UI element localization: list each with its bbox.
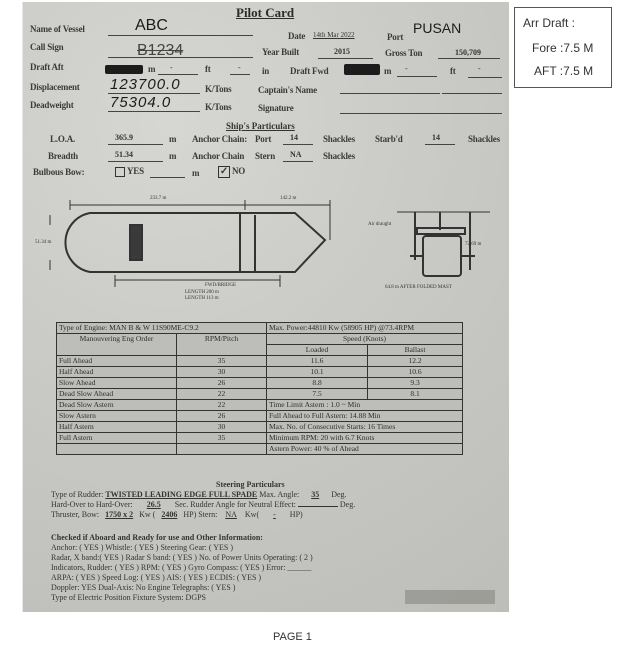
no-checkbox-checked[interactable]: ✓ — [218, 166, 230, 178]
stern-kw-unit: Kw( — [245, 510, 259, 519]
bulbous-yes-option[interactable]: YES — [115, 166, 144, 177]
order-cell: Full Astern — [57, 433, 177, 444]
stern-hp-value: - — [261, 510, 288, 519]
rpm-cell: 30 — [177, 422, 267, 433]
arrival-draft-box: Arr Draft : Fore :7.5 M AFT :7.5 M — [514, 7, 612, 88]
hard-over-line: Hard-Over to Hard-Over: 26.5 Sec. Rudder… — [51, 500, 355, 509]
hp-unit: HP) — [290, 510, 303, 519]
ballast-cell: 12.2 — [368, 356, 463, 367]
displacement-label: Displacement — [30, 82, 80, 92]
rudder-value: TWISTED LEADING EDGE FULL SPADE — [105, 490, 257, 499]
page-number: PAGE 1 — [273, 631, 312, 643]
breadth-value: 51.34 — [115, 150, 133, 159]
rpm-cell: 26 — [177, 378, 267, 389]
order-cell: Slow Ahead — [57, 378, 177, 389]
checklist-line: ARPA: ( YES ) Speed Log: ( YES ) AIS: ( … — [51, 573, 261, 582]
note-minimum-rpm: Minimum RPM: 20 with 6.7 Knots — [267, 433, 463, 444]
deg-unit: Deg. — [331, 490, 346, 499]
thruster-stern-value: NA — [219, 510, 243, 519]
arrival-draft-label: Arr Draft : — [523, 16, 575, 30]
gross-ton-label: Gross Ton — [385, 48, 422, 58]
shackles-label-stern: Shackles — [323, 151, 355, 161]
date-label: Date — [288, 31, 305, 41]
loa-unit: m — [169, 134, 176, 144]
gross-ton-value: 150,709 — [455, 48, 481, 57]
thruster-line: Thruster, Bow: 1750 x 2 Kw ( 2406 HP) St… — [51, 510, 303, 519]
page-title: Pilot Card — [236, 5, 294, 21]
breadth-unit: m — [169, 151, 176, 161]
table-row: Slow Ahead 26 8.8 9.3 — [57, 378, 463, 389]
rpm-cell: 35 — [177, 433, 267, 444]
shackles-label-port: Shackles — [323, 134, 355, 144]
vessel-name-label: Name of Vessel — [30, 24, 85, 34]
table-row: Dead Slow Ahead 22 7.5 8.1 — [57, 389, 463, 400]
rpm-cell: 22 — [177, 389, 267, 400]
arrival-draft-fore: Fore :7.5 M — [532, 41, 593, 55]
engine-type: Type of Engine: MAN B & W 11S90ME-C9.2 — [57, 323, 267, 334]
checklist-line: Type of Electric Position Fixture System… — [51, 593, 206, 602]
signature-label: Signature — [258, 103, 294, 113]
loaded-cell: 11.6 — [267, 356, 368, 367]
side-caption: 64.8 m AFTER FOLDED MAST — [385, 285, 452, 290]
deadweight-label: Deadweight — [30, 100, 74, 110]
checklist-line: Radar, X band:( YES ) Radar S band: ( YE… — [51, 553, 313, 562]
anchor-stbd-value: 14 — [432, 133, 440, 142]
no-label: NO — [232, 166, 245, 176]
neutral-angle-label: Sec. Rudder Angle for Neutral Effect: — [175, 500, 296, 509]
year-built-value: 2015 — [334, 47, 350, 56]
bulbous-unit: m — [192, 168, 199, 178]
unit-in: in — [262, 66, 269, 76]
redacted-draft-fwd — [344, 64, 380, 75]
unit-m-fwd: m — [384, 66, 391, 76]
col-loaded-header: Loaded — [267, 345, 368, 356]
col-ballast-header: Ballast — [368, 345, 463, 356]
vessel-name-value: ABC — [135, 17, 168, 35]
order-cell: Full Ahead — [57, 356, 177, 367]
draft-fwd-label: Draft Fwd — [290, 66, 328, 76]
hp-stern-label: HP) Stern: — [183, 510, 217, 519]
anchor-chain-stern-label: Anchor Chain — [192, 151, 244, 161]
hard-over-value: 26.5 — [135, 500, 173, 509]
loa-value: 365.9 — [115, 133, 133, 142]
dim-top-left: 233.7 m — [150, 196, 166, 201]
ballast-cell: 10.6 — [368, 367, 463, 378]
rpm-cell — [177, 444, 267, 455]
deg-unit-2: Deg. — [340, 500, 355, 509]
year-built-label: Year Built — [262, 47, 299, 57]
unit-ft: ft — [205, 64, 211, 74]
table-row: Half Astern 30 Max. No. of Consecutive S… — [57, 422, 463, 433]
call-sign-label: Call Sign — [30, 42, 63, 52]
ballast-cell: 8.1 — [368, 389, 463, 400]
draft-aft-in-value: - — [238, 63, 241, 72]
steering-title: Steering Particulars — [216, 480, 285, 489]
draft-fwd-in-value: - — [478, 64, 481, 73]
dim-breadth: 51.34 m — [35, 240, 51, 245]
table-row: Astern Power: 40 % of Ahead — [57, 444, 463, 455]
anchor-chain-label: Anchor Chain: — [192, 134, 247, 144]
displacement-unit: K/Tons — [205, 84, 232, 94]
checklist-line: Indicators, Rudder: ( YES ) RPM: ( YES )… — [51, 563, 311, 572]
arrival-draft-aft: AFT :7.5 M — [534, 64, 593, 78]
order-cell: Half Ahead — [57, 367, 177, 378]
engine-table: Type of Engine: MAN B & W 11S90ME-C9.2 M… — [56, 322, 463, 455]
loaded-cell: 10.1 — [267, 367, 368, 378]
bulbous-no-option[interactable]: ✓NO — [218, 166, 245, 178]
deadweight-value: 75304.0 — [110, 94, 171, 111]
thruster-hp-value: 2406 — [157, 510, 181, 519]
particulars-title: Ship's Particulars — [226, 121, 295, 131]
rpm-cell: 26 — [177, 411, 267, 422]
draft-aft-ft-value: - — [170, 63, 173, 72]
captain-name-label: Captain's Name — [258, 85, 317, 95]
draft-aft-label: Draft Aft — [30, 62, 63, 72]
rpm-cell: 30 — [177, 367, 267, 378]
yes-checkbox[interactable] — [115, 167, 125, 177]
deadweight-unit: K/Tons — [205, 102, 232, 112]
anchor-stern-value: NA — [290, 150, 302, 159]
ballast-cell: 9.3 — [368, 378, 463, 389]
displacement-value: 123700.0 — [110, 76, 181, 93]
col-speed-header: Speed (Knots) — [267, 334, 463, 345]
checklist-title: Checked if Aboard and Ready for use and … — [51, 533, 263, 542]
rudder-line: Type of Rudder: TWISTED LEADING EDGE FUL… — [51, 490, 347, 499]
loa-label: L.O.A. — [50, 134, 75, 144]
breadth-label: Breadth — [48, 151, 78, 161]
ship-side-diagram — [395, 210, 495, 290]
rpm-cell: 35 — [177, 356, 267, 367]
checklist-line: Anchor: ( YES ) Whistle: ( YES ) Steerin… — [51, 543, 233, 552]
col-order-header: Manouvering Eng Order — [57, 334, 177, 356]
thruster-bow-value: 1750 x 2 — [101, 510, 137, 519]
hard-over-label: Hard-Over to Hard-Over: — [51, 500, 133, 509]
order-cell: Slow Astern — [57, 411, 177, 422]
stamp-mark — [405, 590, 495, 604]
dim-top-right: 142.2 m — [280, 196, 296, 201]
note-time-limit-astern: Time Limit Astern : 1.0 ~ Min — [267, 400, 463, 411]
note-astern-power: Astern Power: 40 % of Ahead — [267, 444, 463, 455]
dim-bottom-2: LENGTH 200 m — [185, 290, 219, 295]
order-cell: Dead Slow Astern — [57, 400, 177, 411]
side-height: 72.69 m — [465, 242, 481, 247]
order-cell: Half Astern — [57, 422, 177, 433]
anchor-port-value: 14 — [290, 133, 298, 142]
table-row: Half Ahead 30 10.1 10.6 — [57, 367, 463, 378]
rpm-cell: 22 — [177, 400, 267, 411]
unit-ft-fwd: ft — [450, 66, 456, 76]
order-cell — [57, 444, 177, 455]
yes-label: YES — [127, 166, 144, 176]
dim-bottom-1: FWD/BRIDGE — [205, 283, 236, 288]
port-value: PUSAN — [413, 20, 461, 36]
table-row: Full Astern 35 Minimum RPM: 20 with 6.7 … — [57, 433, 463, 444]
shackles-label-stbd: Shackles — [468, 134, 500, 144]
table-row: Slow Astern 26 Full Ahead to Full Astern… — [57, 411, 463, 422]
max-angle-label: Max. Angle: — [259, 490, 299, 499]
col-rpm-header: RPM/Pitch — [177, 334, 267, 356]
thruster-label: Thruster, Bow: — [51, 510, 99, 519]
unit-m: m — [148, 64, 155, 74]
anchor-port-label: Port — [255, 134, 271, 144]
checklist-line: Doppler: YES Dual-Axis: No Engine Telegr… — [51, 583, 235, 592]
order-cell: Dead Slow Ahead — [57, 389, 177, 400]
rudder-label: Type of Rudder: — [51, 490, 103, 499]
table-row: Full Ahead 35 11.6 12.2 — [57, 356, 463, 367]
date-value: 14th Mar 2022 — [313, 31, 355, 39]
redacted-draft-aft — [105, 65, 143, 74]
note-consecutive-starts: Max. No. of Consecutive Starts: 16 Times — [267, 422, 463, 433]
engine-max-power: Max. Power:44810 Kw (58905 HP) @73.4RPM — [267, 323, 463, 334]
kw-unit: Kw ( — [139, 510, 155, 519]
loaded-cell: 8.8 — [267, 378, 368, 389]
dim-bottom-3: LENGTH 113 m — [185, 296, 219, 301]
air-draught-label: Air draught — [368, 222, 391, 227]
port-label: Port — [387, 32, 403, 42]
table-row: Dead Slow Astern 22 Time Limit Astern : … — [57, 400, 463, 411]
max-angle-value: 35 — [301, 490, 329, 499]
loaded-cell: 7.5 — [267, 389, 368, 400]
draft-fwd-ft-value: - — [405, 64, 408, 73]
anchor-stbd-label: Starb'd — [375, 134, 403, 144]
bulbous-bow-label: Bulbous Bow: — [33, 167, 84, 177]
anchor-stern-label: Stern — [255, 151, 275, 161]
note-full-ahead-to-astern: Full Ahead to Full Astern: 14.88 Min — [267, 411, 463, 422]
